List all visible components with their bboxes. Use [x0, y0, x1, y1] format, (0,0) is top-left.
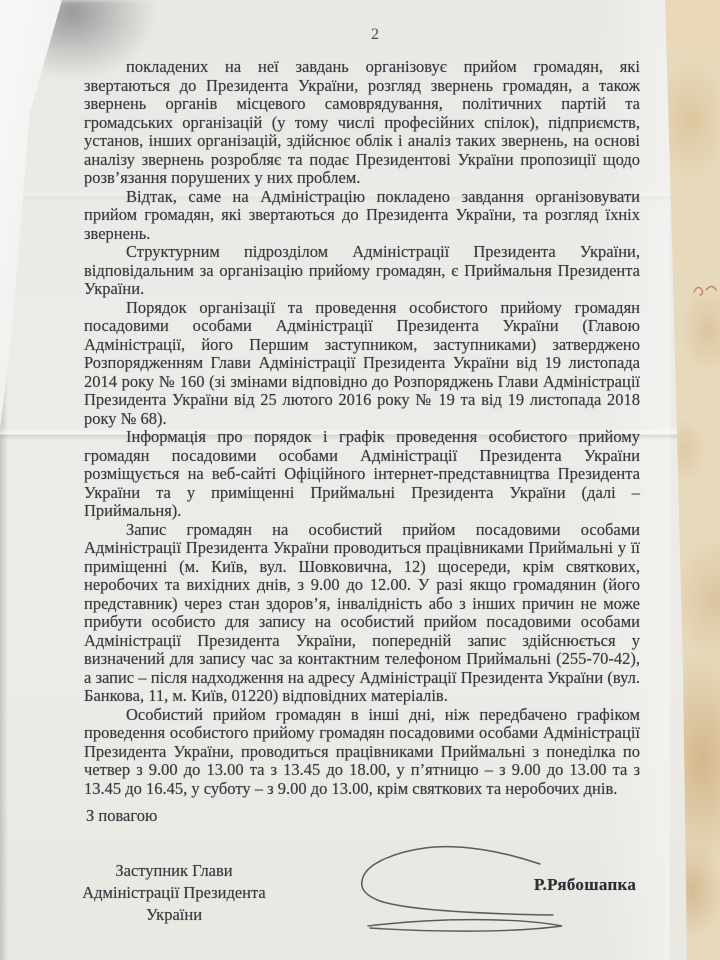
paragraph-5: Інформація про порядок і графік проведен… — [84, 428, 640, 521]
signatory-title-line1: Заступник Глави — [56, 860, 292, 882]
document-body: покладених на неї завдань організовує пр… — [84, 58, 640, 798]
paragraph-3: Структурним підрозділом Адміністрації Пр… — [84, 243, 640, 299]
paragraph-7: Особистий прийом громадян в інші дні, ні… — [84, 706, 640, 799]
signatory-title: Заступник Глави Адміністрації Президента… — [56, 860, 292, 926]
closing-salutation: З повагою — [86, 806, 157, 826]
page-number: 2 — [345, 26, 405, 44]
signatory-name: Р.Рябошапка — [534, 875, 636, 895]
signatory-title-line2: Адміністрації Президента України — [56, 882, 292, 926]
photo-frame: 2 покладених на неї завдань організовує … — [0, 0, 720, 960]
paragraph-4: Порядок організації та проведення особис… — [84, 299, 640, 429]
paragraph-6: Запис громадян на особистий прийом посад… — [84, 521, 640, 706]
paragraph-2: Відтак, саме на Адміністрацію покладено … — [84, 188, 640, 244]
red-marginal-mark-icon — [691, 281, 719, 299]
